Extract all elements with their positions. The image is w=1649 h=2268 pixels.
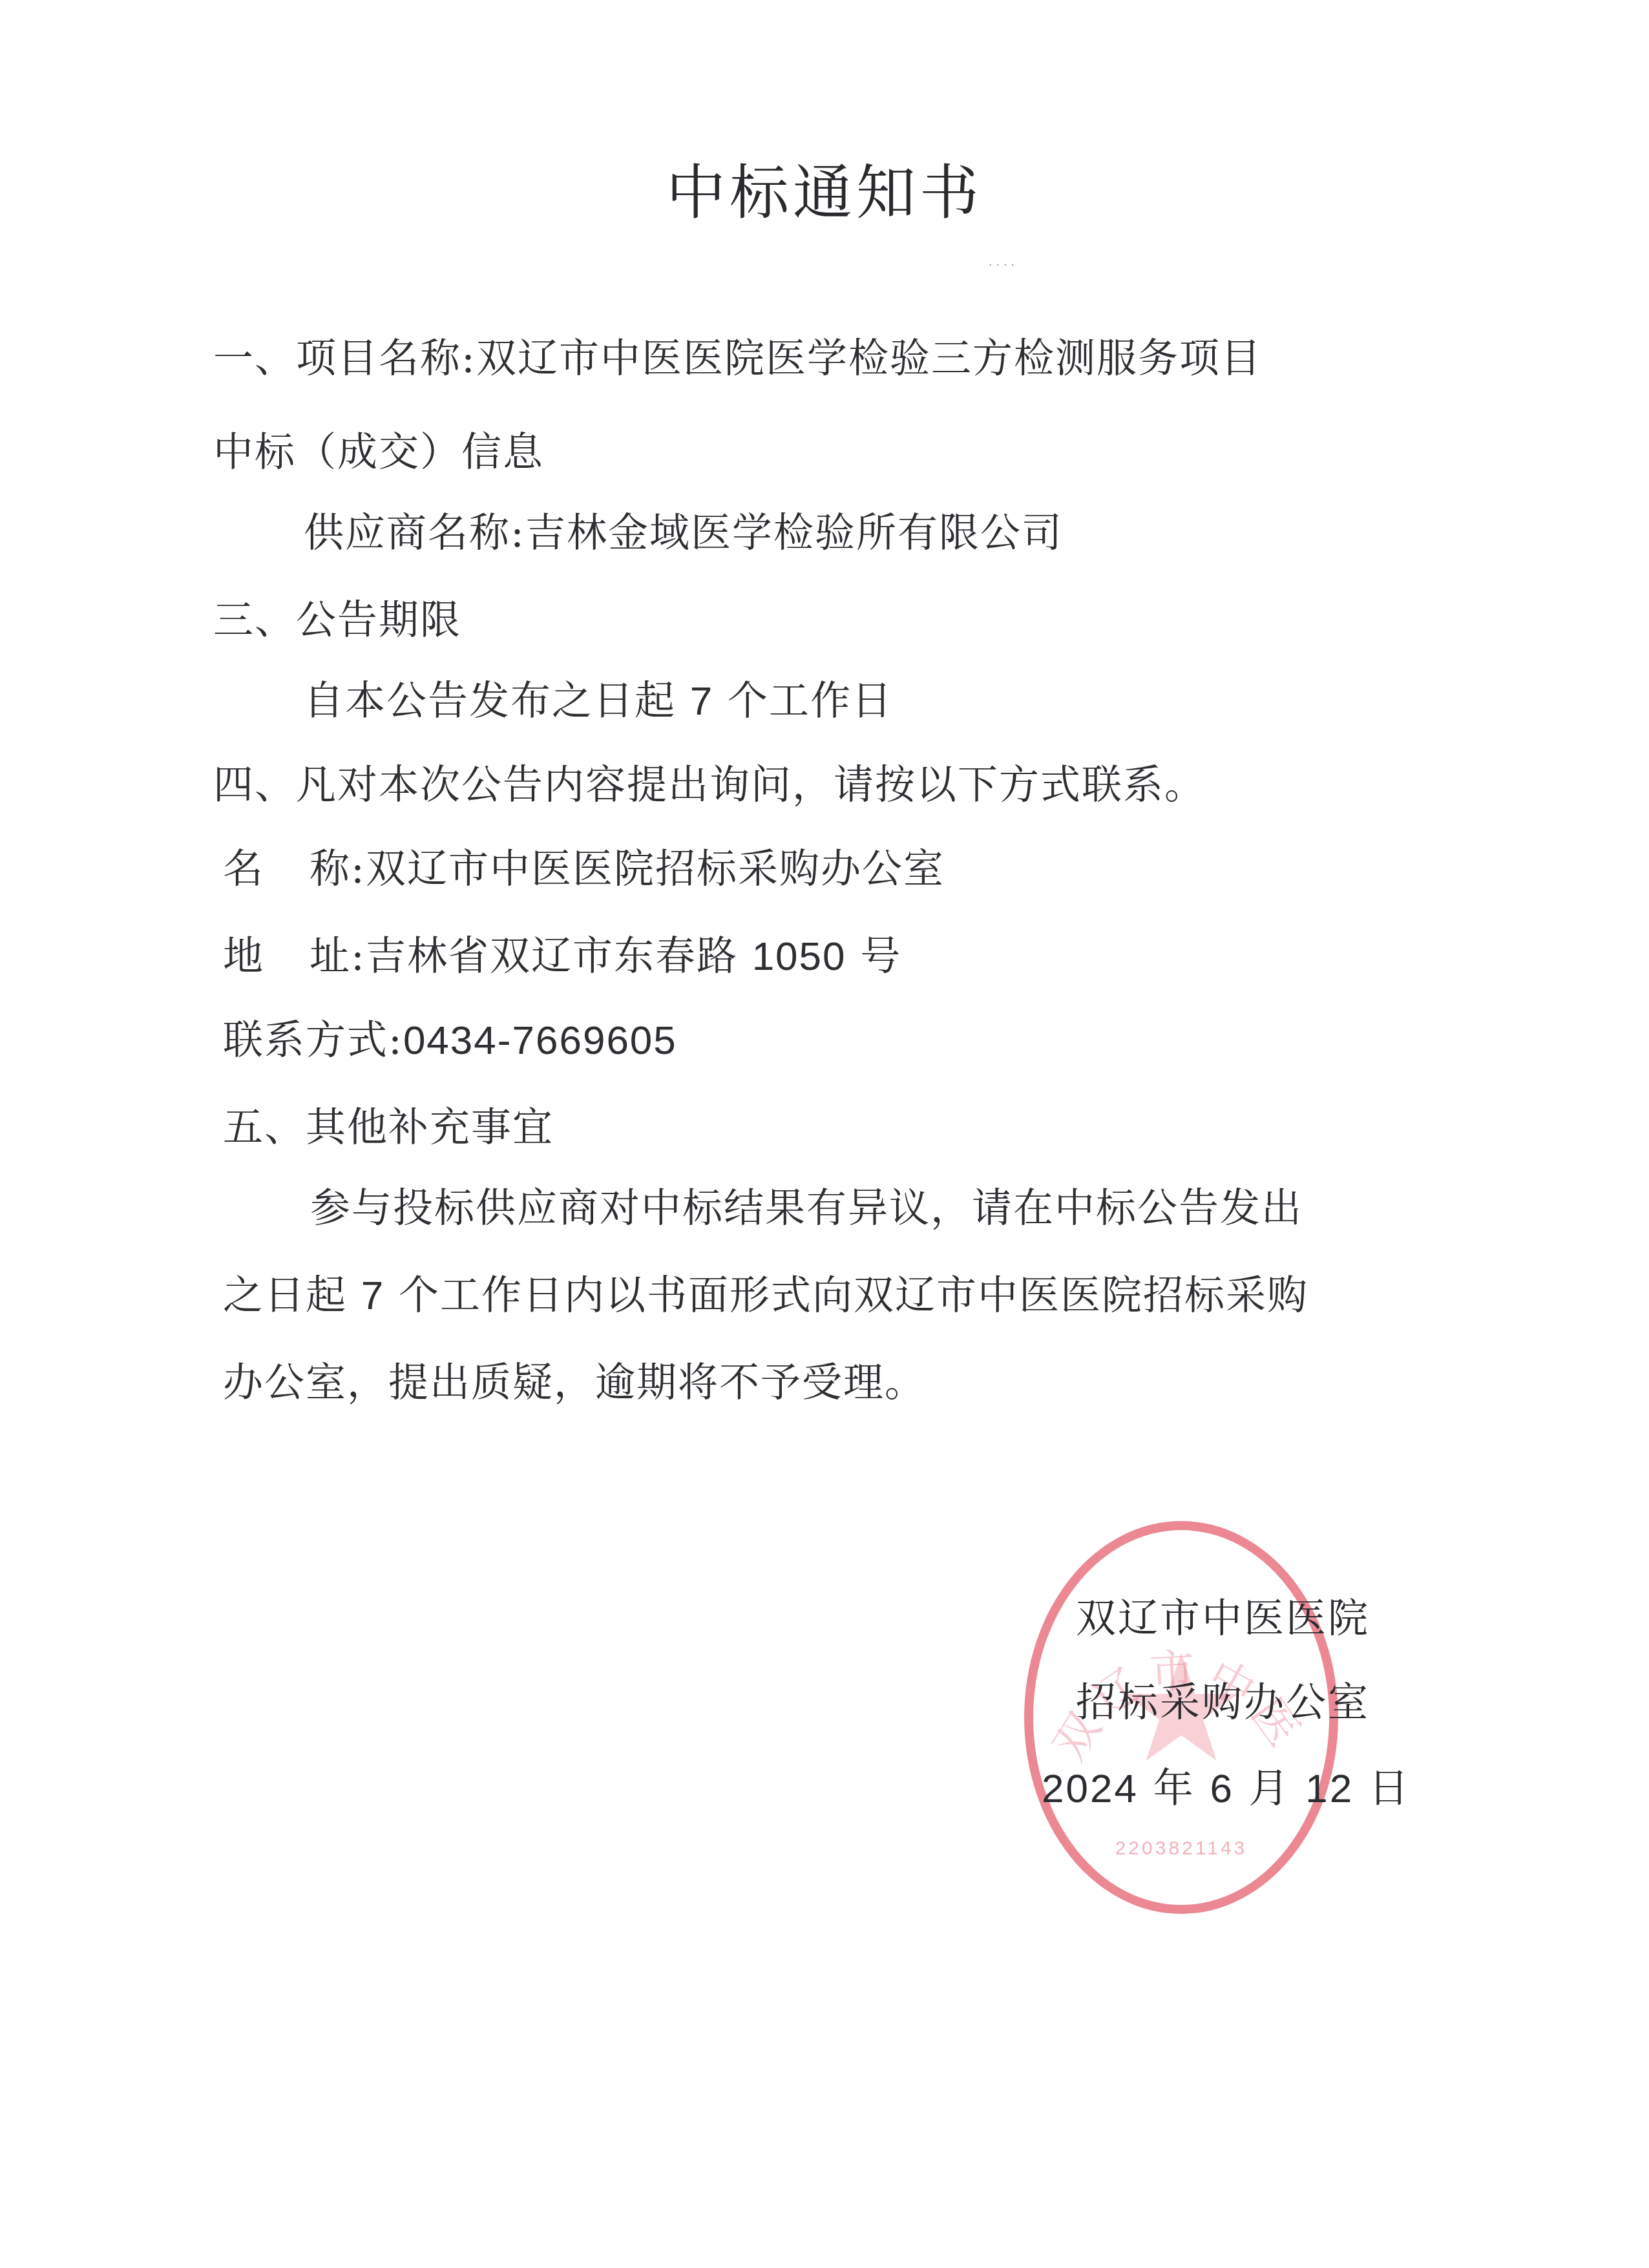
scan-smudge: · · · · xyxy=(989,258,1014,272)
seal-code: 2203821143 xyxy=(1115,1838,1248,1860)
contact-name-label-2: 称: xyxy=(310,845,366,892)
other-heading: 五、其他补充事宜 xyxy=(223,1102,554,1153)
other-line-1: 参与投标供应商对中标结果有异议，请在中标公告发出 xyxy=(310,1182,1303,1234)
other-line-3: 办公室，提出质疑，逾期将不予受理。 xyxy=(223,1357,926,1409)
contact-phone-line: 联系方式:0434-7669605 xyxy=(223,1014,677,1067)
document-title: 中标通知书 xyxy=(0,145,1649,231)
date-day-unit: 日 xyxy=(1369,1765,1411,1812)
signature-org-line-1: 双辽市中医医院 xyxy=(1076,1593,1370,1644)
contact-address-number: 1050 xyxy=(752,934,846,979)
supplier-name: 吉林金域医学检验所有限公司 xyxy=(525,509,1063,556)
signature-org-line-2: 招标采购办公室 xyxy=(1076,1677,1370,1728)
notice-period-heading: 三、公告期限 xyxy=(213,594,461,646)
other-line-2-post: 个工作日内以书面形式向双辽市中医医院招标采购 xyxy=(399,1272,1308,1319)
contact-name-line: 名称:双辽市中医医院招标采购办公室 xyxy=(223,843,945,895)
award-info-heading: 中标（成交）信息 xyxy=(213,426,544,478)
notice-period-pre: 自本公告发布之日起 xyxy=(304,677,676,724)
notice-period-text: 自本公告发布之日起 7 个工作日 xyxy=(304,675,893,728)
contact-address-street: 吉林省双辽市东春路 xyxy=(366,932,738,980)
contact-address-label-1: 地 xyxy=(223,932,264,980)
contact-name: 双辽市中医医院招标采购办公室 xyxy=(366,845,945,892)
notice-period-days: 7 xyxy=(690,679,713,724)
contact-address-line: 地址:吉林省双辽市东春路 1050 号 xyxy=(223,930,901,983)
supplier-label: 供应商名称: xyxy=(304,509,525,556)
other-line-2: 之日起 7 个工作日内以书面形式向双辽市中医医院招标采购 xyxy=(223,1270,1308,1322)
project-name-line: 一、项目名称:双辽市中医医院医学检验三方检测服务项目 xyxy=(213,333,1262,384)
signature-date: 2024 年 6 月 12 日 xyxy=(1042,1763,1411,1815)
contact-heading: 四、凡对本次公告内容提出询问，请按以下方式联系。 xyxy=(213,759,1206,811)
supplier-line: 供应商名称:吉林金域医学检验所有限公司 xyxy=(304,507,1063,559)
date-month: 6 xyxy=(1210,1767,1234,1811)
contact-address-label-2: 址: xyxy=(310,932,366,980)
document-page: 中标通知书 · · · · 一、项目名称:双辽市中医医院医学检验三方检测服务项目… xyxy=(0,0,1649,2268)
project-label: 一、项目名称: xyxy=(213,335,476,382)
date-day: 12 xyxy=(1305,1767,1354,1811)
date-month-unit: 月 xyxy=(1249,1765,1291,1812)
contact-address-suffix: 号 xyxy=(860,932,901,980)
contact-name-label-1: 名 xyxy=(223,845,264,892)
other-line-2-pre: 之日起 xyxy=(223,1272,347,1319)
date-year-unit: 年 xyxy=(1153,1765,1195,1812)
date-year: 2024 xyxy=(1042,1767,1139,1811)
notice-period-post: 个工作日 xyxy=(728,677,893,724)
contact-phone-label: 联系方式: xyxy=(223,1016,403,1064)
other-line-2-days: 7 xyxy=(361,1274,384,1318)
contact-phone: 0434-7669605 xyxy=(403,1018,677,1063)
project-name: 双辽市中医医院医学检验三方检测服务项目 xyxy=(476,335,1262,382)
